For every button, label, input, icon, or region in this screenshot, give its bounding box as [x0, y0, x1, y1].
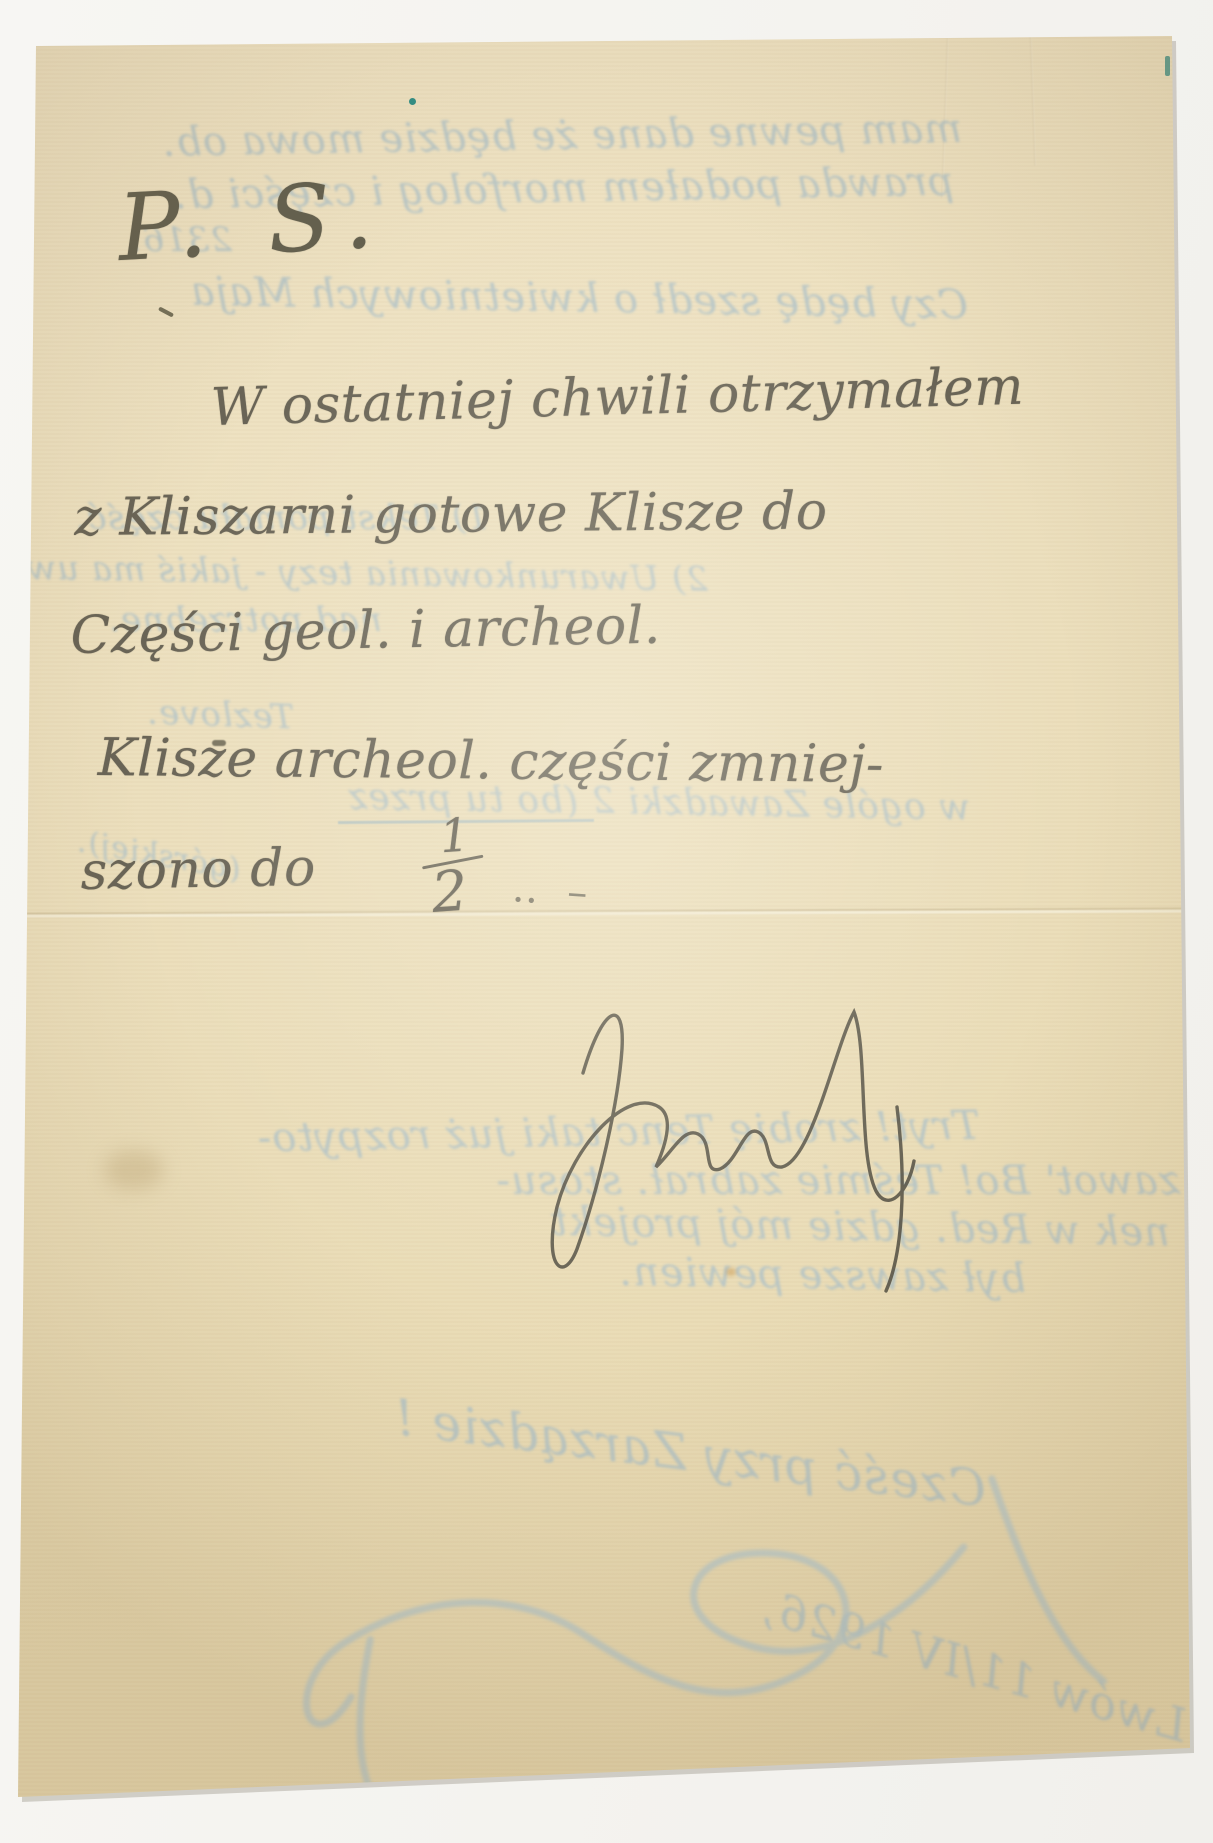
pencil-text-line: Klisze archeol. części zmniej- [97, 728, 884, 795]
bleed-signature-flourish [235, 1409, 1165, 1831]
pencil-trailing-marks: ‥ – [510, 865, 596, 917]
letter-paper: mam pewne dane że będzie mowa ob.prawda … [0, 0, 1213, 1843]
paper-crease [1030, 36, 1037, 166]
paper-stain [726, 1268, 736, 1276]
pencil-dash-smudge [158, 306, 174, 317]
bleed-through-line: Czy będę szedł o kwietniowych Maja [238, 270, 969, 329]
fraction-denominator: 2 [430, 862, 510, 921]
fold-crease [20, 907, 1190, 918]
pencil-text-line: W ostatniej chwili otrzymałem [210, 357, 1025, 438]
pencil-smudge [212, 740, 226, 746]
scanned-letter-page: mam pewne dane że będzie mowa ob.prawda … [0, 0, 1213, 1843]
pencil-text-line: Części geol. i archeol. [70, 596, 661, 666]
teal-edge-mark [1165, 56, 1170, 76]
bleed-through-line: mam pewne dane że będzie mowa ob. [262, 106, 963, 164]
postscript-heading: P. S. [115, 161, 391, 282]
pencil-text-line: z Kliszarni gotowe Klisze do [74, 481, 828, 548]
signature-flourish [505, 955, 935, 1295]
fraction-numerator: 1 [438, 809, 505, 859]
pencil-text-line: szono do [80, 838, 316, 902]
one-half-fraction: 1 2 [412, 809, 509, 922]
teal-ink-dot [409, 98, 416, 105]
paper-stain [104, 1150, 164, 1190]
bleed-through-line: 2) Uwarunkowania tezy - jakiś ma uwagi [58, 548, 709, 599]
